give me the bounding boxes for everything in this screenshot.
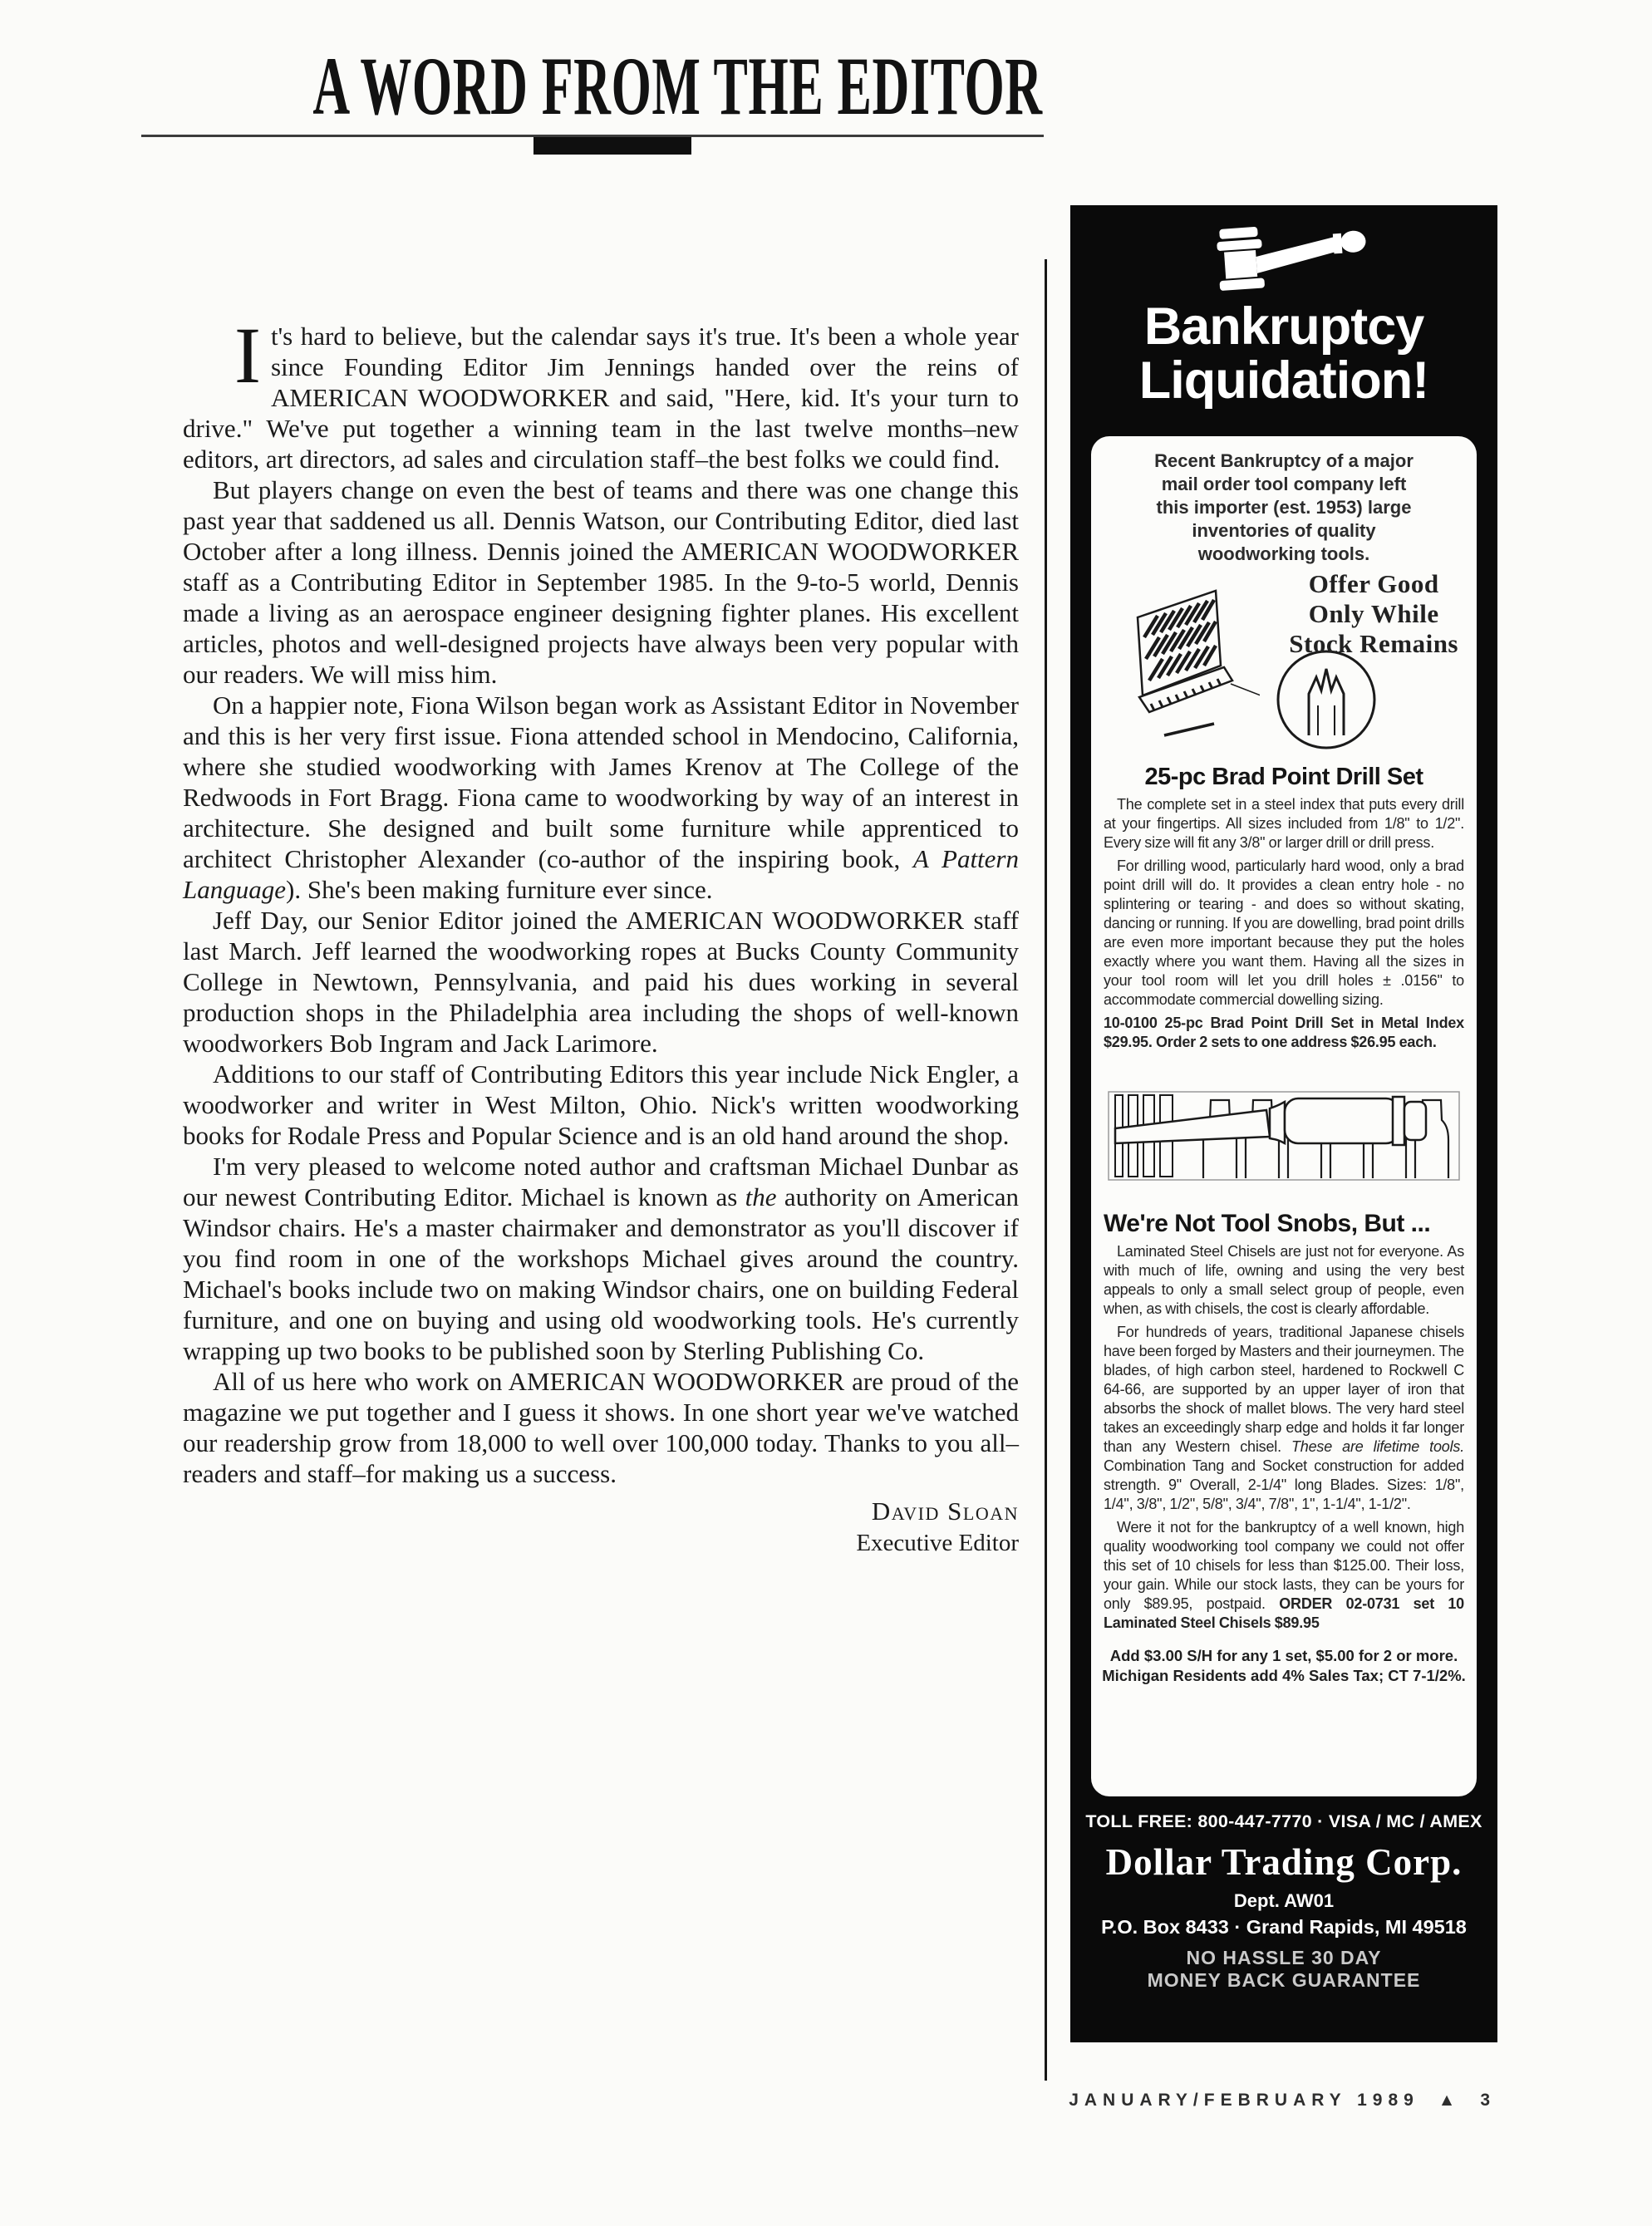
page-footer: JANUARY/FEBRUARY 1989 ▲ 3 (1060, 2091, 1496, 2111)
ad-intro-text: Recent Bankruptcy of a major mail order … (1147, 450, 1421, 566)
title-underline-tab (533, 137, 691, 155)
gavel-icon (1188, 224, 1379, 300)
masthead: A WORD FROM THE EDITOR (141, 43, 1044, 155)
drill-set-heading: 25-pc Brad Point Drill Set (1091, 764, 1477, 791)
offer-note: Offer Good Only While Stock Remains (1289, 569, 1458, 659)
signature-role: Executive Editor (183, 1528, 1019, 1559)
company-address: P.O. Box 8433 · Grand Rapids, MI 49518 (1070, 1916, 1497, 1939)
guarantee-note: NO HASSLE 30 DAY MONEY BACK GUARANTEE (1070, 1947, 1497, 1992)
tool-snobs-heading: We're Not Tool Snobs, But ... (1091, 1210, 1477, 1238)
magazine-page: A WORD FROM THE EDITOR It's hard to beli… (0, 0, 1652, 2226)
page-title: A WORD FROM THE EDITOR (312, 43, 872, 130)
company-dept: Dept. AW01 (1070, 1890, 1497, 1912)
chisel-copy: Laminated Steel Chisels are just not for… (1091, 1242, 1477, 1633)
column-divider-rule (1045, 259, 1047, 2081)
ad-title-line1: Bankruptcy (1070, 300, 1497, 354)
chisel-set-illustration (1104, 1060, 1464, 1203)
article-body: It's hard to believe, but the calendar s… (183, 321, 1019, 1489)
drill-set-copy: The complete set in a steel index that p… (1091, 795, 1477, 1052)
signature-block: David Sloan Executive Editor (183, 1496, 1019, 1559)
editorial-column: It's hard to believe, but the calendar s… (183, 321, 1019, 1559)
ad-white-panel: Recent Bankruptcy of a major mail order … (1091, 436, 1477, 1796)
shipping-note: Add $3.00 S/H for any 1 set, $5.00 for 2… (1099, 1646, 1468, 1686)
signature-name: David Sloan (183, 1496, 1019, 1526)
ad-title-line2: Liquidation! (1070, 354, 1497, 408)
triangle-icon: ▲ (1438, 2091, 1462, 2110)
issue-date: JANUARY/FEBRUARY 1989 (1069, 2091, 1419, 2110)
brad-point-detail-illustration (1272, 646, 1380, 754)
drop-cap: I (183, 321, 271, 386)
drill-illustration-cluster: Offer Good Only While Stock Remains (1091, 569, 1477, 759)
page-number: 3 (1480, 2091, 1496, 2110)
drill-index-illustration (1114, 572, 1260, 755)
bankruptcy-liquidation-ad: Bankruptcy Liquidation! Recent Bankruptc… (1070, 205, 1497, 2042)
company-name: Dollar Trading Corp. (1070, 1840, 1497, 1884)
toll-free-line: TOLL FREE: 800-447-7770 · VISA / MC / AM… (1070, 1811, 1497, 1832)
ad-footer: TOLL FREE: 800-447-7770 · VISA / MC / AM… (1070, 1811, 1497, 1992)
